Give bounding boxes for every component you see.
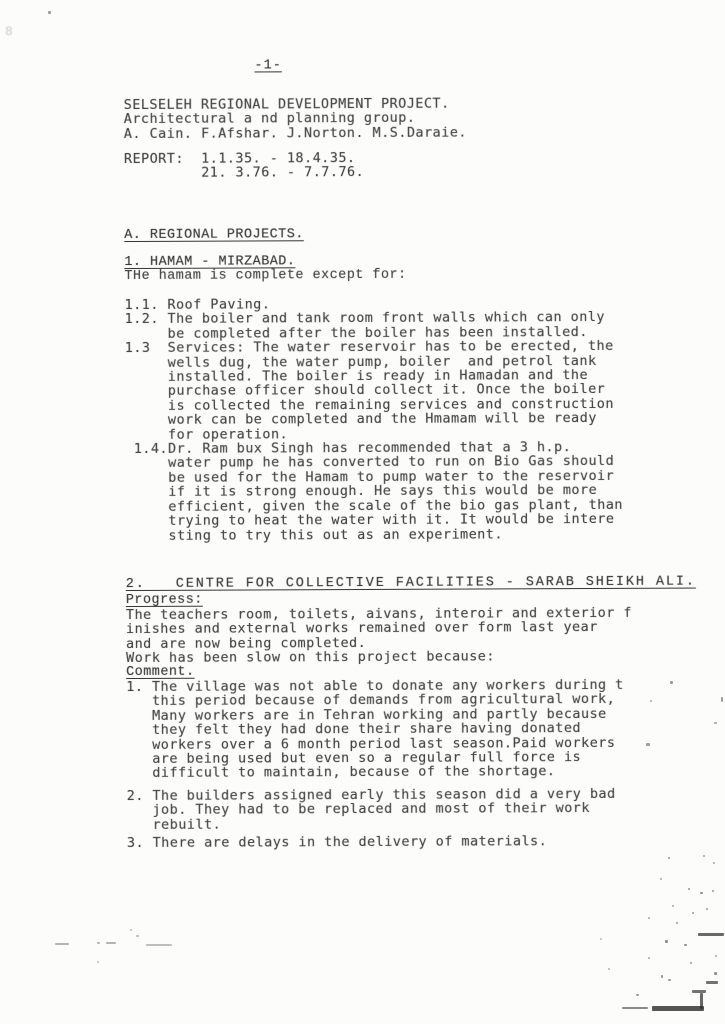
scan-speck [692,912,694,914]
scan-speck [130,929,132,931]
report-title-block: SELSELEH REGIONAL DEVELOPMENT PROJECT. A… [124,97,467,142]
scan-speck [714,722,717,724]
scan-smudge: 8 [5,24,13,39]
scan-speck [636,994,639,996]
section-2-heading: 2. CENTRE FOR COLLECTIVE FACILITIES - SA… [126,576,696,593]
comment-item-1: 1. The village was not able to donate an… [126,678,624,781]
scan-speck [136,935,139,937]
scan-speck [690,962,692,964]
scan-speck [97,961,99,963]
scan-speck [146,944,172,946]
scanned-typewritten-content: -1- SELSELEH REGIONAL DEVELOPMENT PROJEC… [0,0,725,1024]
scan-speck [703,855,705,857]
scan-speck [48,11,51,14]
progress-text: The teachers room, toilets, aivans, inte… [126,606,632,666]
scan-speck [650,700,652,702]
scan-speck [692,990,706,993]
scan-speck [622,1007,648,1009]
scan-speck [668,857,670,859]
scan-speck [715,955,717,957]
scan-speck [652,1006,704,1011]
scan-speck [712,890,714,892]
scan-speck [648,917,650,919]
scan-speck [668,979,671,981]
scan-speck [721,697,723,702]
hamam-intro: THe hamam is complete except for: [124,269,406,285]
comment-item-2: 2. The builders assigned early this seas… [127,787,616,832]
page-number: -1- [254,59,281,74]
scan-speck [648,957,650,959]
scan-speck [672,905,674,907]
scan-speck [698,933,724,936]
hamam-points: 1.1. Roof Paving. 1.2. The boiler and ta… [125,296,624,543]
scan-speck [97,942,100,944]
scan-speck [665,940,668,943]
comment-item-3: 3. There are delays in the delivery of m… [127,834,547,850]
scan-speck [106,942,116,944]
scan-speck [706,908,708,910]
scan-speck [661,975,663,978]
scan-speck [608,968,610,970]
scan-speck [700,892,703,894]
scan-speck [676,922,678,924]
document-page: -1- SELSELEH REGIONAL DEVELOPMENT PROJEC… [0,0,725,1024]
scan-speck [646,743,650,746]
scan-speck [688,888,690,890]
scan-speck [600,938,602,940]
scan-speck [714,972,717,975]
scan-speck [713,862,715,864]
scan-speck [660,878,662,880]
scan-speck [684,944,687,946]
report-period-block: REPORT: 1.1.35. - 18.4.35. 21. 3.76. - 7… [124,151,364,181]
scan-speck [706,981,718,984]
scan-speck [55,943,69,945]
section-a-heading: A. REGIONAL PROJECTS. [124,228,304,243]
scan-speck [670,681,673,684]
